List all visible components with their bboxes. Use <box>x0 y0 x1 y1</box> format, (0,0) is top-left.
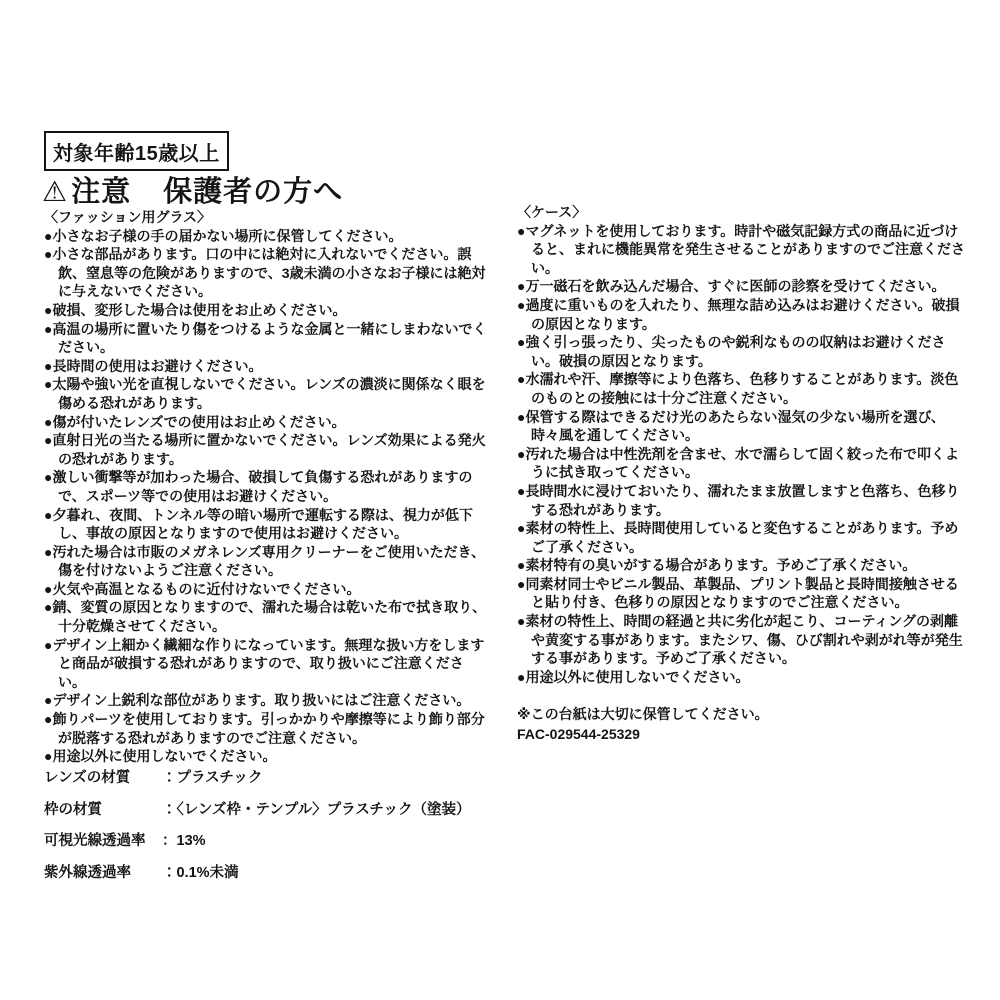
age-restriction-badge: 対象年齢15歳以上 <box>44 131 229 171</box>
list-item: ●破損、変形した場合は使用をお止めください。 <box>44 301 488 320</box>
list-item: ●過度に重いものを入れたり、無理な詰め込みはお避けください。破損の原因となります… <box>517 296 969 333</box>
spec-row-frame-material: 枠の材質 ：〈レンズ枠・テンプル〉プラスチック（塗装） <box>44 798 471 819</box>
section-heading-case: 〈ケース〉 <box>517 203 969 222</box>
list-item: ●保管する際はできるだけ光のあたらない湿気の少ない場所を選び、時々風を通してくだ… <box>517 408 969 445</box>
title-for-guardians: 保護者の方へ <box>163 169 343 210</box>
spec-value: ：プラスチック <box>162 766 262 787</box>
list-item: ●強く引っ張ったり、尖ったものや鋭利なものの収納はお避けください。破損の原因とな… <box>517 333 969 370</box>
spec-value: ：〈レンズ枠・テンプル〉プラスチック（塗装） <box>162 798 471 819</box>
list-item: ●水濡れや汗、摩擦等により色落ち、色移りすることがあります。淡色のものとの接触に… <box>517 370 969 407</box>
list-item: ●長時間水に浸けておいたり、濡れたまま放置しますと色落ち、色移りする恐れがありま… <box>517 482 969 519</box>
list-item: ●直射日光の当たる場所に置かないでください。レンズ効果による発火の恐れがあります… <box>44 431 488 468</box>
spec-row-lens-material: レンズの材質 ：プラスチック <box>44 766 471 787</box>
material-specs: レンズの材質 ：プラスチック 枠の材質 ：〈レンズ枠・テンプル〉プラスチック（塗… <box>44 766 471 892</box>
caution-sheet-page: 対象年齢15歳以上 ⚠ 注意 保護者の方へ 〈ファッション用グラス〉 ●小さなお… <box>0 0 1000 1000</box>
list-item: ●用途以外に使用しないでください。 <box>44 747 488 766</box>
list-item: ●素材特有の臭いがする場合があります。予めご了承ください。 <box>517 556 969 575</box>
list-item: ●同素材同士やビニル製品、革製品、プリント製品と長時間接触させると貼り付き、色移… <box>517 575 969 612</box>
spec-label: レンズの材質 <box>44 766 162 787</box>
list-item: ●飾りパーツを使用しております。引っかかりや摩擦等により飾り部分が脱落する恐れが… <box>44 710 488 747</box>
list-item: ●汚れた場合は市販のメガネレンズ専用クリーナーをご使用いただき、傷を付けないよう… <box>44 543 488 580</box>
spec-label: 枠の材質 <box>44 798 162 819</box>
list-item: ●汚れた場合は中性洗剤を含ませ、水で濡らして固く絞った布で叩くように拭き取ってく… <box>517 445 969 482</box>
list-item: ●錆、変質の原因となりますので、濡れた場合は乾いた布で拭き取り、十分乾燥させてく… <box>44 598 488 635</box>
section-heading-fashion-glass: 〈ファッション用グラス〉 <box>44 208 488 227</box>
list-item: ●マグネットを使用しております。時計や磁気記録方式の商品に近づけると、まれに機能… <box>517 222 969 278</box>
spec-row-visible-light-transmittance: 可視光線透過率 ：13% <box>44 829 471 850</box>
list-item: ●夕暮れ、夜間、トンネル等の暗い場所で運転する際は、視力が低下し、事故の原因とな… <box>44 506 488 543</box>
keep-sheet-note: ※この台紙は大切に保管してください。 <box>517 705 969 725</box>
spec-value: ：0.1%未満 <box>162 861 239 882</box>
list-item: ●素材の特性上、時間の経過と共に劣化が起こり、コーティングの剥離や黄変する事があ… <box>517 612 969 668</box>
spec-label: 紫外線透過率 <box>44 861 162 882</box>
spec-row-uv-transmittance: 紫外線透過率 ：0.1%未満 <box>44 861 471 882</box>
fashion-glass-section: 〈ファッション用グラス〉 ●小さなお子様の手の届かない場所に保管してください。 … <box>44 208 488 766</box>
list-item: ●素材の特性上、長時間使用していると変色することがあります。予めご了承ください。 <box>517 519 969 556</box>
list-item: ●傷が付いたレンズでの使用はお止めください。 <box>44 413 488 432</box>
list-item: ●火気や高温となるものに近付けないでください。 <box>44 580 488 599</box>
case-section: 〈ケース〉 ●マグネットを使用しております。時計や磁気記録方式の商品に近づけると… <box>517 203 969 744</box>
list-item: ●万一磁石を飲み込んだ場合、すぐに医師の診察を受けてください。 <box>517 277 969 296</box>
list-item: ●高温の場所に置いたり傷をつけるような金属と一緒にしまわないでください。 <box>44 320 488 357</box>
spec-value: ：13% <box>162 829 206 850</box>
list-item: ●小さな部品があります。口の中には絶対に入れないでください。誤飲、窒息等の危険が… <box>44 245 488 301</box>
list-item: ●激しい衝撃等が加わった場合、破損して負傷する恐れがありますので、スポーツ等での… <box>44 468 488 505</box>
list-item: ●長時間の使用はお避けください。 <box>44 357 488 376</box>
list-item: ●デザイン上鋭利な部位があります。取り扱いにはご注意ください。 <box>44 691 488 710</box>
list-item: ●用途以外に使用しないでください。 <box>517 668 969 687</box>
spec-label: 可視光線透過率 <box>44 829 162 850</box>
page-title: ⚠ 注意 保護者の方へ <box>42 169 343 210</box>
list-item: ●太陽や強い光を直視しないでください。レンズの濃淡に関係なく眼を傷める恐れがあり… <box>44 375 488 412</box>
product-code: FAC-029544-25329 <box>517 725 969 745</box>
warning-triangle-icon: ⚠ <box>42 175 68 208</box>
list-item: ●小さなお子様の手の届かない場所に保管してください。 <box>44 227 488 246</box>
list-item: ●デザイン上細かく繊細な作りになっています。無理な扱い方をしますと商品が破損する… <box>44 636 488 692</box>
keep-sheet-notes: ※この台紙は大切に保管してください。 FAC-029544-25329 <box>517 705 969 744</box>
title-caution: 注意 <box>71 169 131 210</box>
